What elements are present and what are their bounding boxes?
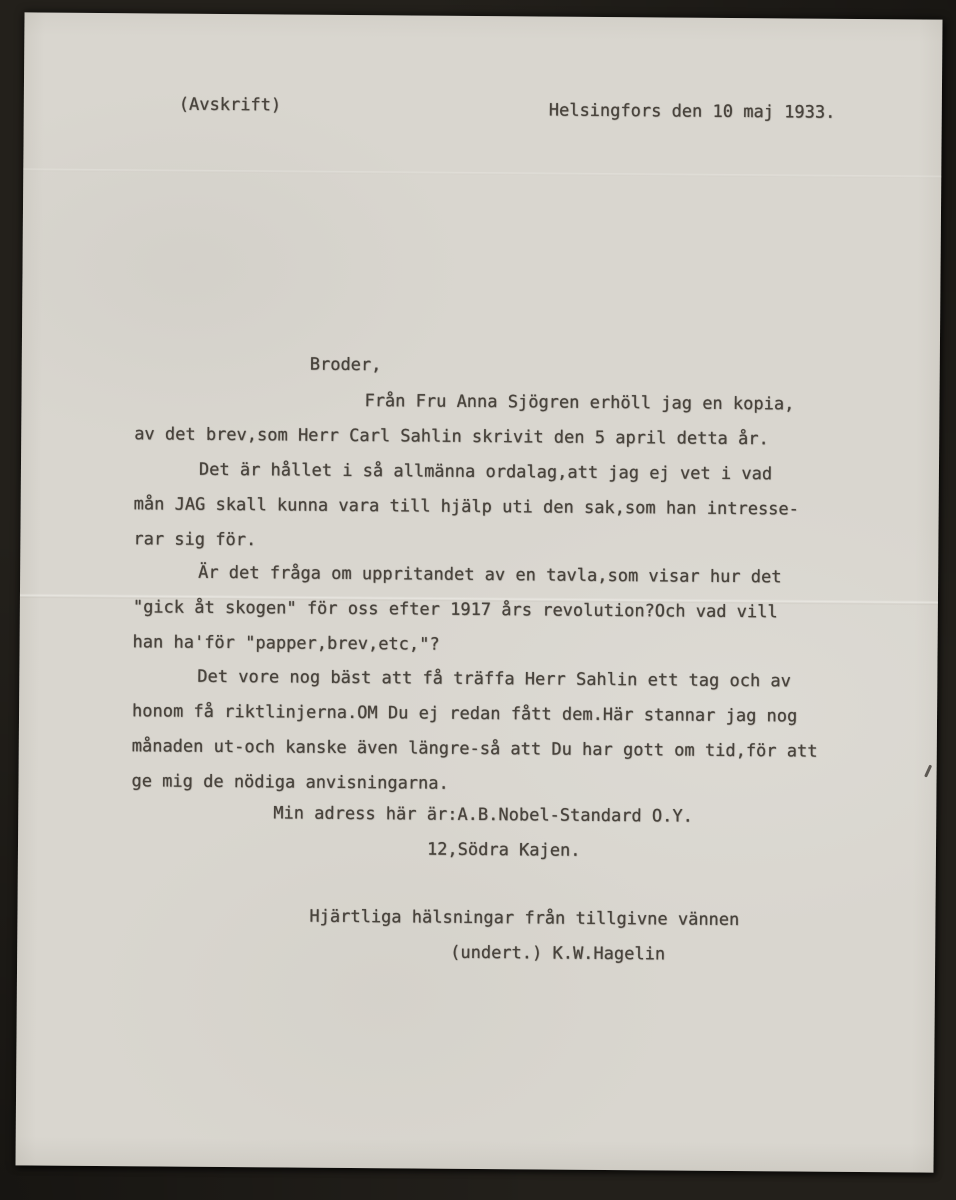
body-line: ge mig de nödiga anvisningarna.	[131, 773, 448, 792]
body-line: Från Fru Anna Sjögren erhöll jag en kopi…	[364, 393, 794, 413]
body-line: "gick åt skogen" för oss efter 1917 års …	[133, 599, 778, 621]
body-line: Det är hållet i så allmänna ordalag,att …	[199, 462, 772, 484]
body-line: av det brev,som Herr Carl Sahlin skrivit…	[134, 426, 769, 448]
signature-line: (undert.) K.W.Hagelin	[450, 945, 665, 964]
salutation: Broder,	[310, 357, 382, 375]
body-line: han ha'för "papper,brev,etc,"?	[133, 634, 440, 653]
body-line: Det vore nog bäst att få träffa Herr Sah…	[197, 669, 791, 691]
letter-page: (Avskrift) Helsingfors den 10 maj 1933. …	[15, 12, 942, 1172]
address-line: 12,Södra Kajen.	[427, 842, 581, 860]
body-line: honom få riktlinjerna.OM Du ej redan fåt…	[132, 703, 797, 725]
scan-background: { "colors": { "background": "#23201b", "…	[0, 0, 956, 1200]
dateline: Helsingfors den 10 maj 1933.	[549, 103, 836, 122]
body-line: Är det fråga om uppritandet av en tavla,…	[198, 565, 782, 587]
address-line: Min adress här är:A.B.Nobel-Standard O.Y…	[273, 805, 693, 825]
closing-line: Hjärtliga hälsningar från tillgivne vänn…	[309, 909, 739, 929]
copy-annotation: (Avskrift)	[179, 97, 281, 115]
ink-speck	[924, 764, 932, 777]
body-line: månaden ut-och kanske även längre-så att…	[132, 738, 818, 760]
body-line: mån JAG skall kunna vara till hjälp uti …	[134, 496, 799, 518]
fold-crease-top	[23, 168, 941, 178]
body-line: rar sig för.	[133, 531, 256, 549]
